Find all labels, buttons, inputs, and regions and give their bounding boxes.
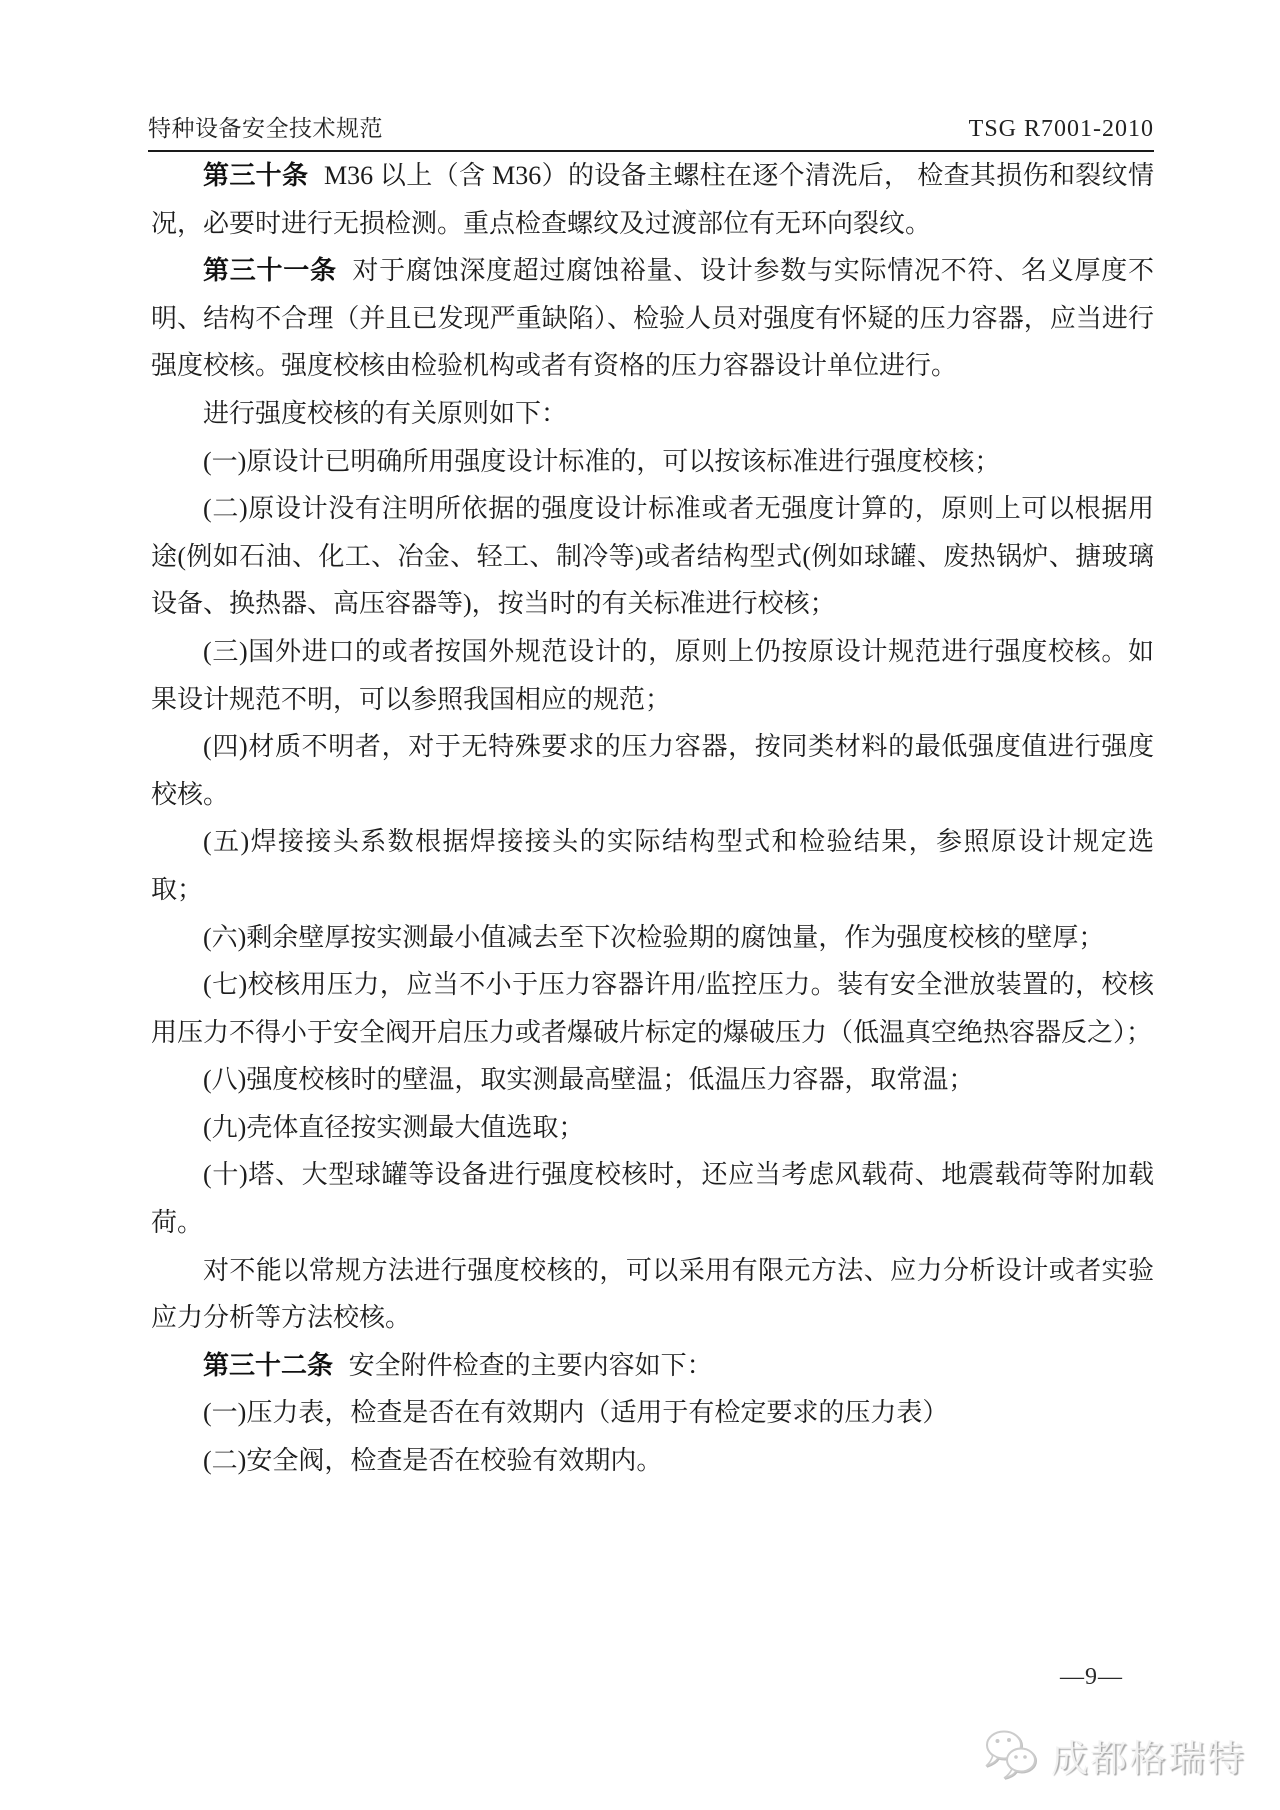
paragraph-text: (二)安全阀，检查是否在校验有效期内。 [203, 1446, 662, 1475]
paragraph-text: 安全附件检查的主要内容如下： [349, 1351, 713, 1380]
paragraph: 第三十一条对于腐蚀深度超过腐蚀裕量、设计参数与实际情况不符、名义厚度不明、结构不… [151, 247, 1154, 390]
paragraph-text: (四)材质不明者，对于无特殊要求的压力容器，按同类材料的最低强度值进行强度校核。 [151, 732, 1154, 809]
document-page: { "page": { "header": { "left_title": "特… [0, 0, 1280, 1810]
paragraph: (二)安全阀，检查是否在校验有效期内。 [151, 1437, 1154, 1485]
article-number: 第三十条 [203, 160, 308, 190]
header-title: 特种设备安全技术规范 [148, 110, 383, 143]
header-document-code: TSG R7001-2010 [969, 116, 1154, 143]
paragraph-text: 对不能以常规方法进行强度校核的，可以采用有限元方法、应力分析设计或者实验应力分析… [151, 1256, 1154, 1333]
paragraph-text: (一)压力表，检查是否在有效期内（适用于有检定要求的压力表） [203, 1398, 948, 1427]
watermark: 成都格瑞特 [983, 1728, 1246, 1782]
paragraph-text: (五)焊接接头系数根据焊接接头的实际结构型式和检验结果，参照原设计规定选取； [151, 827, 1154, 904]
page-number: —9— [1060, 1664, 1123, 1691]
paragraph-text: 进行强度校核的有关原则如下： [203, 399, 567, 428]
paragraph: (四)材质不明者，对于无特殊要求的压力容器，按同类材料的最低强度值进行强度校核。 [151, 723, 1154, 818]
paragraph: 进行强度校核的有关原则如下： [151, 390, 1154, 438]
paragraph-text: (六)剩余壁厚按实测最小值减去至下次检验期的腐蚀量，作为强度校核的壁厚； [203, 923, 1104, 952]
paragraph: (九)壳体直径按实测最大值选取； [151, 1104, 1154, 1152]
paragraph: (十)塔、大型球罐等设备进行强度校核时，还应当考虑风载荷、地震载荷等附加载荷。 [151, 1151, 1154, 1246]
paragraph: (二)原设计没有注明所依据的强度设计标准或者无强度计算的，原则上可以根据用途(例… [151, 485, 1154, 628]
article-number: 第三十一条 [203, 255, 337, 285]
paragraph-text: (一)原设计已明确所用强度设计标准的，可以按该标准进行强度校核； [203, 447, 1000, 476]
article-number: 第三十二条 [203, 1350, 333, 1380]
paragraph: 对不能以常规方法进行强度校核的，可以采用有限元方法、应力分析设计或者实验应力分析… [151, 1247, 1154, 1342]
document-body: 第三十条M36 以上（含 M36）的设备主螺柱在逐个清洗后， 检查其损伤和裂纹情… [151, 152, 1154, 1485]
paragraph: 第三十条M36 以上（含 M36）的设备主螺柱在逐个清洗后， 检查其损伤和裂纹情… [151, 152, 1154, 247]
paragraph-text: (七)校核用压力，应当不小于压力容器许用/监控压力。装有安全泄放装置的，校核用压… [151, 970, 1154, 1047]
paragraph: (一)原设计已明确所用强度设计标准的，可以按该标准进行强度校核； [151, 438, 1154, 486]
paragraph-text: (三)国外进口的或者按国外规范设计的，原则上仍按原设计规范进行强度校核。如果设计… [151, 637, 1154, 714]
page-header: 特种设备安全技术规范 TSG R7001-2010 [148, 110, 1154, 152]
paragraph: (七)校核用压力，应当不小于压力容器许用/监控压力。装有安全泄放装置的，校核用压… [151, 961, 1154, 1056]
paragraph: (一)压力表，检查是否在有效期内（适用于有检定要求的压力表） [151, 1389, 1154, 1437]
paragraph: (三)国外进口的或者按国外规范设计的，原则上仍按原设计规范进行强度校核。如果设计… [151, 628, 1154, 723]
paragraph-text: (二)原设计没有注明所依据的强度设计标准或者无强度计算的，原则上可以根据用途(例… [151, 494, 1154, 618]
paragraph-text: (八)强度校核时的壁温，取实测最高壁温；低温压力容器，取常温； [203, 1065, 974, 1094]
paragraph-text: (十)塔、大型球罐等设备进行强度校核时，还应当考虑风载荷、地震载荷等附加载荷。 [151, 1160, 1154, 1237]
paragraph: (五)焊接接头系数根据焊接接头的实际结构型式和检验结果，参照原设计规定选取； [151, 818, 1154, 913]
paragraph-text: (九)壳体直径按实测最大值选取； [203, 1113, 584, 1142]
watermark-brand: 成都格瑞特 [1051, 1728, 1246, 1782]
paragraph: 第三十二条安全附件检查的主要内容如下： [151, 1342, 1154, 1390]
paragraph: (六)剩余壁厚按实测最小值减去至下次检验期的腐蚀量，作为强度校核的壁厚； [151, 914, 1154, 962]
wechat-icon [983, 1728, 1041, 1782]
paragraph: (八)强度校核时的壁温，取实测最高壁温；低温压力容器，取常温； [151, 1056, 1154, 1104]
